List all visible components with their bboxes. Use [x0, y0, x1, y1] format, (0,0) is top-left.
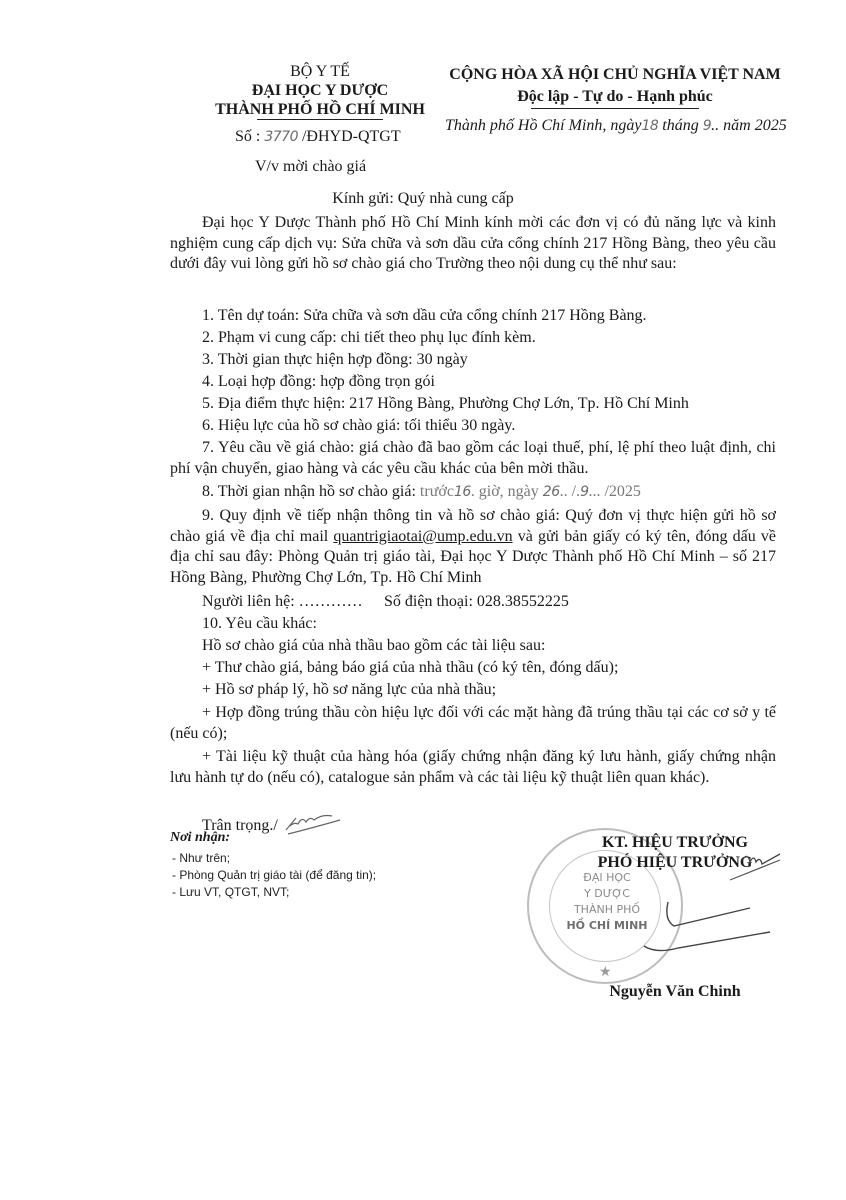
signer-name: Nguyễn Văn Chinh: [540, 983, 810, 1001]
salutation: Kính gửi: Quý nhà cung cấp: [0, 190, 846, 208]
ministry-name: BỘ Y TẾ: [170, 62, 470, 81]
date-month-label: tháng: [662, 117, 698, 134]
document-number: Số : 3770 /ĐHYD-QTGT: [235, 128, 401, 146]
contact-person: Người liên hệ: …………: [202, 593, 363, 611]
intro-paragraph: Đại học Y Dược Thành phố Hồ Chí Minh kín…: [170, 213, 776, 275]
star-icon: ★: [599, 964, 612, 981]
date-month: 9: [703, 118, 711, 134]
date-prefix: Thành phố Hồ Chí Minh, ngày: [445, 117, 641, 134]
nation-name: CỘNG HÒA XÃ HỘI CHỦ NGHĨA VIỆT NAM: [430, 64, 800, 86]
initials-signature-icon: [282, 812, 342, 836]
date-line: Thành phố Hồ Chí Minh, ngày18 tháng 9.. …: [445, 117, 787, 135]
item-10-bullet-1: + Thư chào giá, bảng báo giá của nhà thầ…: [202, 659, 618, 677]
handwritten-signature-icon: [630, 850, 790, 960]
item-10-bullet-4: + Tài liệu kỹ thuật của hàng hóa (giấy c…: [170, 747, 776, 788]
contact-phone: Số điện thoại: 028.38552225: [384, 593, 569, 611]
national-header: CỘNG HÒA XÃ HỘI CHỦ NGHĨA VIỆT NAM Độc l…: [430, 64, 800, 109]
motto-underline: [531, 108, 699, 109]
issuer-block: BỘ Y TẾ ĐẠI HỌC Y DƯỢC THÀNH PHỐ HỒ CHÍ …: [170, 62, 470, 120]
date-year: .. năm 2025: [711, 117, 787, 134]
university-name-line1: ĐẠI HỌC Y DƯỢC: [170, 81, 470, 100]
item-8-day: 26: [543, 484, 560, 500]
item-2: 2. Phạm vi cung cấp: chi tiết theo phụ l…: [202, 329, 536, 347]
doc-number-suffix: /ĐHYD-QTGT: [302, 128, 401, 145]
university-name-line2: THÀNH PHỐ HỒ CHÍ MINH: [170, 100, 470, 119]
item-8-hour-label: . giờ, ngày: [471, 483, 539, 500]
item-3: 3. Thời gian thực hiện hợp đồng: 30 ngày: [202, 351, 468, 369]
header-underline: [257, 119, 383, 120]
recipient-1: - Như trên;: [172, 851, 230, 865]
item-8-label: 8. Thời gian nhận hồ sơ chào giá:: [202, 483, 416, 500]
item-8: 8. Thời gian nhận hồ sơ chào giá: trước1…: [202, 483, 641, 501]
item-8-hour: 16: [454, 484, 471, 500]
email-link[interactable]: quantrigiaotai@ump.edu.vn: [333, 528, 512, 545]
recipient-2: - Phòng Quản trị giáo tài (để đăng tin);: [172, 868, 376, 882]
item-10-intro: Hồ sơ chào giá của nhà thầu bao gồm các …: [202, 637, 545, 655]
item-7: 7. Yêu cầu về giá chào: giá chào đã bao …: [170, 438, 776, 479]
item-10-bullet-2: + Hồ sơ pháp lý, hồ sơ năng lực của nhà …: [202, 681, 496, 699]
subject-line: V/v mời chào giá: [255, 158, 366, 176]
item-10-title: 10. Yêu cầu khác:: [202, 615, 317, 633]
item-9: 9. Quy định về tiếp nhận thông tin và hồ…: [170, 506, 776, 588]
item-4: 4. Loại hợp đồng: hợp đồng trọn gói: [202, 373, 435, 391]
item-10-bullet-3: + Hợp đồng trúng thầu còn hiệu lực đối v…: [170, 703, 776, 744]
item-8-year: /2025: [604, 483, 640, 500]
date-day: 18: [641, 118, 658, 134]
doc-number-label: Số :: [235, 128, 260, 145]
national-motto: Độc lập - Tự do - Hạnh phúc: [430, 86, 800, 108]
item-5: 5. Địa điểm thực hiện: 217 Hồng Bàng, Ph…: [202, 395, 689, 413]
item-6: 6. Hiệu lực của hồ sơ chào giá: tối thiể…: [202, 417, 515, 435]
recipient-3: - Lưu VT, QTGT, NVT;: [172, 885, 289, 899]
item-1: 1. Tên dự toán: Sửa chữa và sơn dầu cửa …: [202, 307, 647, 325]
item-8-before: trước: [420, 483, 454, 500]
recipients-title: Nơi nhận:: [170, 830, 230, 846]
doc-number-handwritten: 3770: [264, 129, 298, 145]
